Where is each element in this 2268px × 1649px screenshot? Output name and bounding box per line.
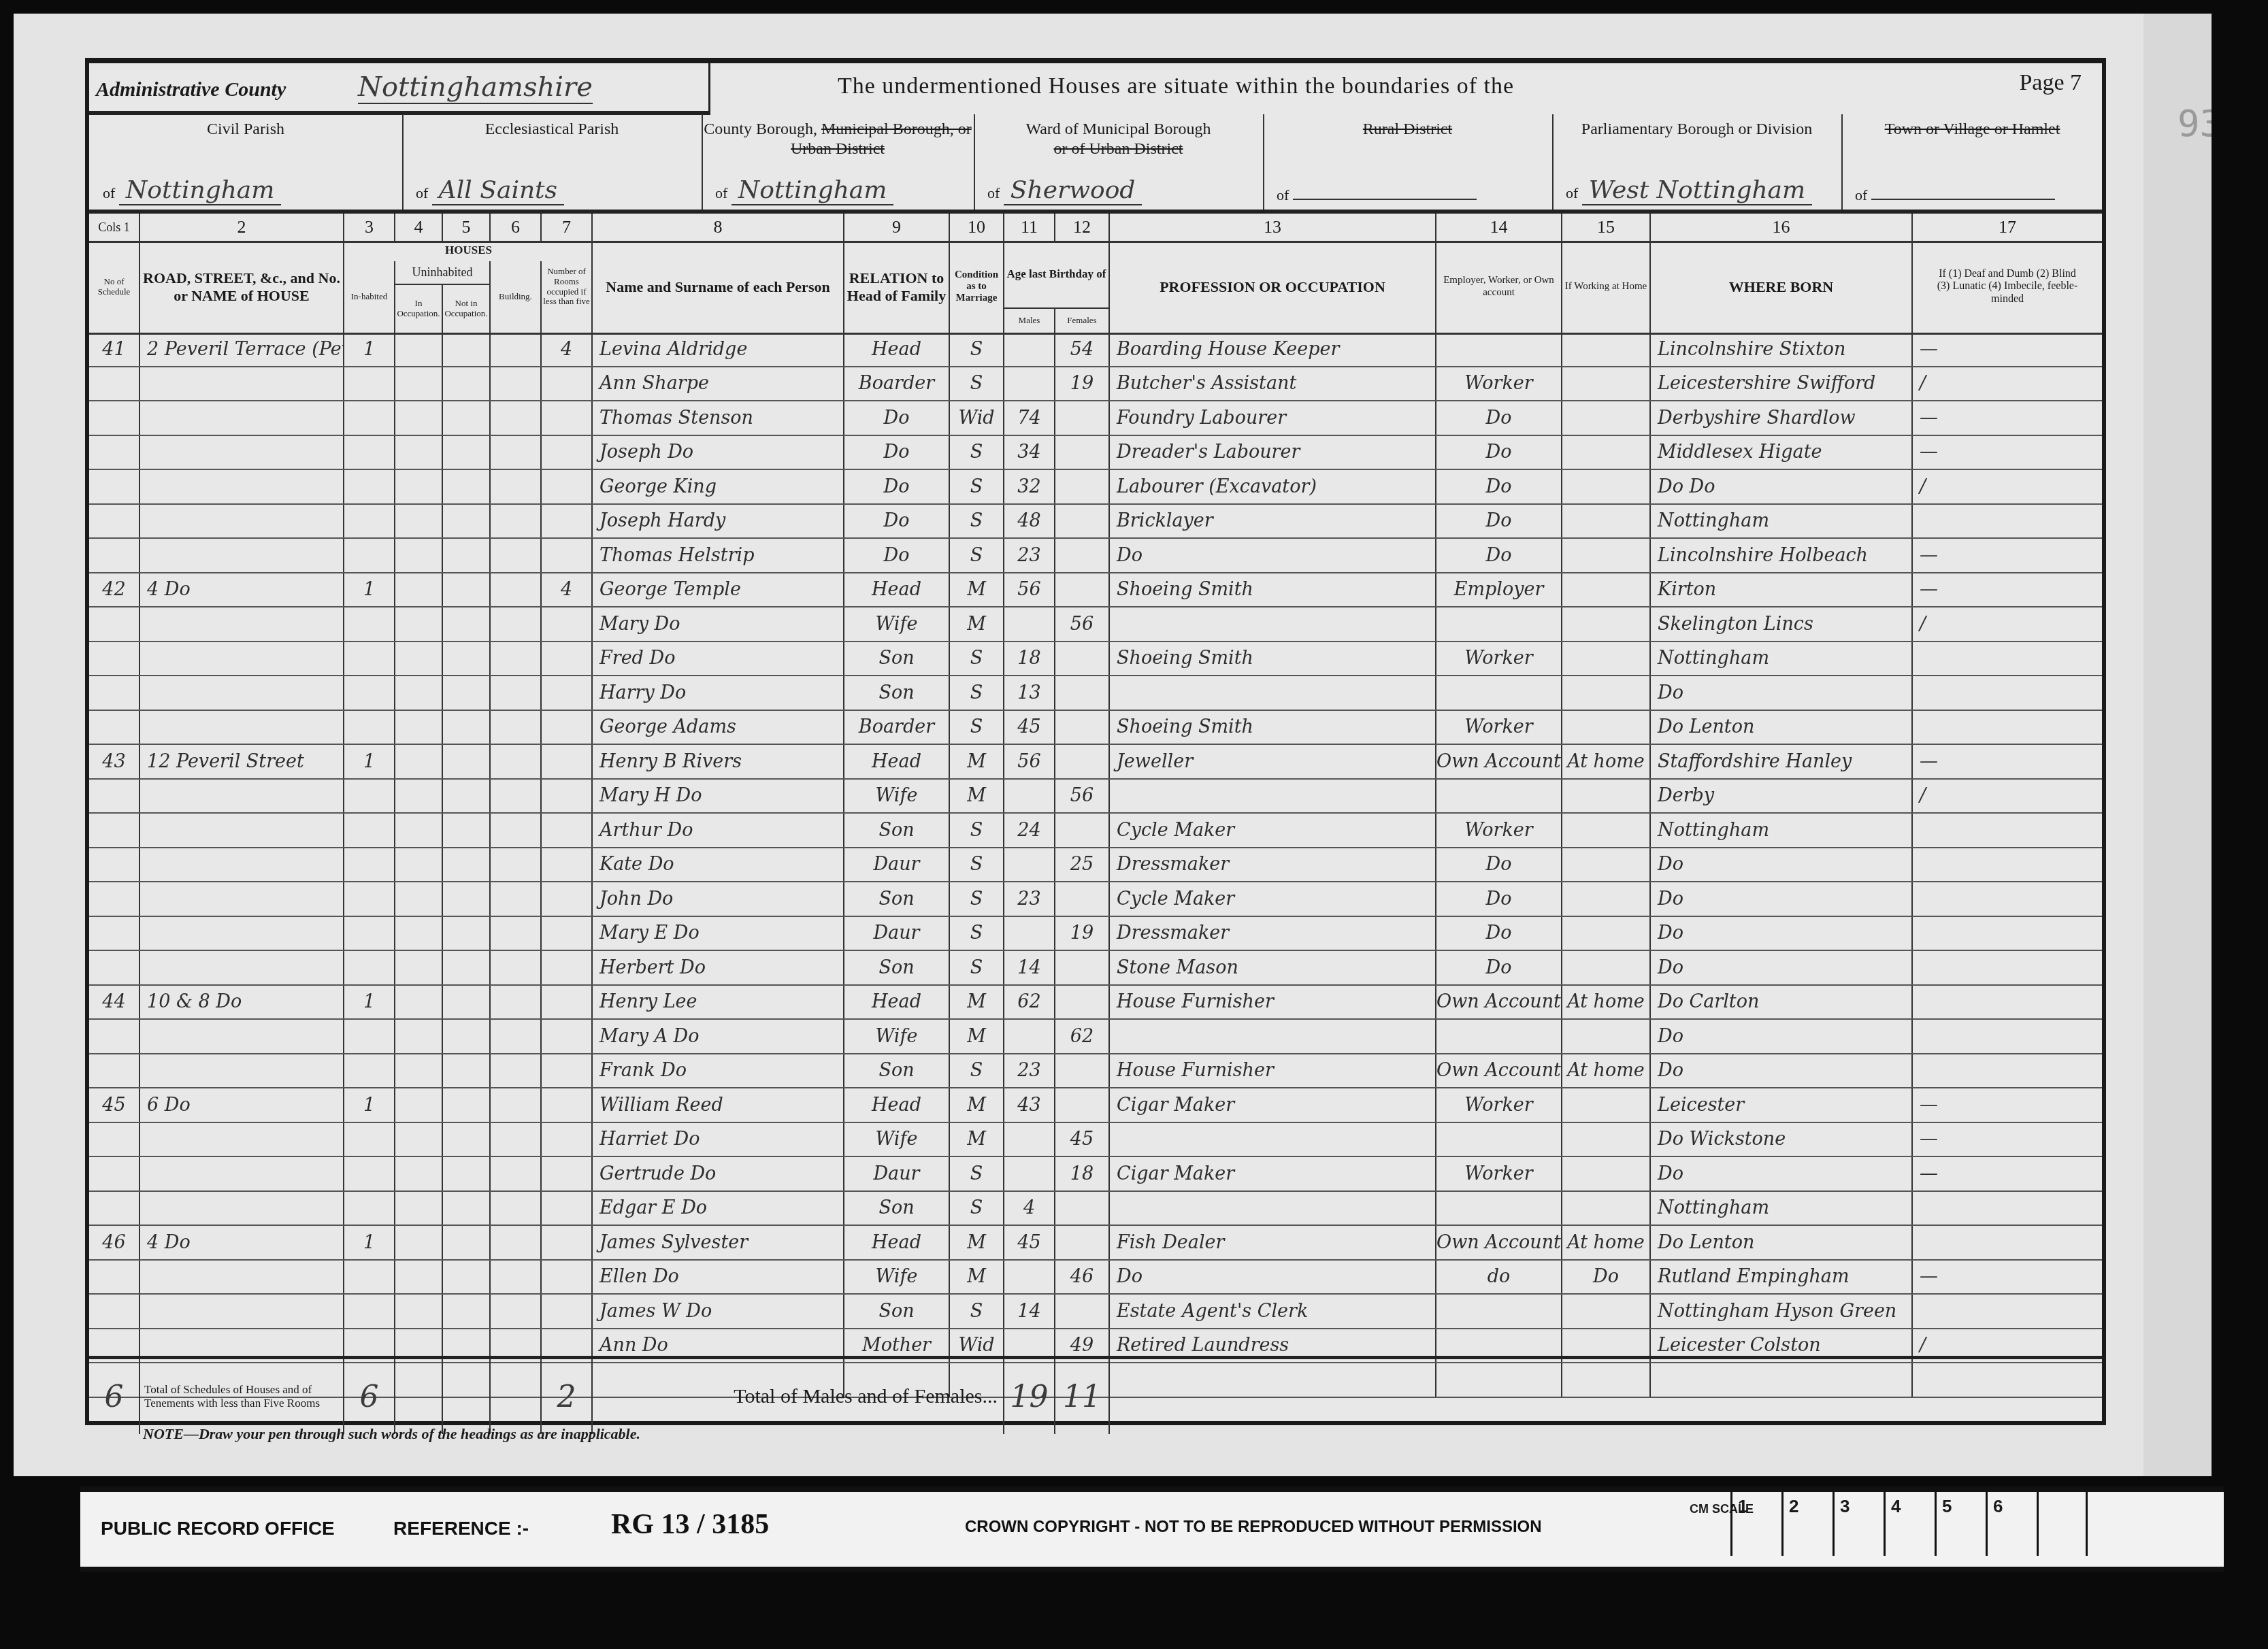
cell-male-age: 43	[1004, 1088, 1055, 1122]
cell-infirmity	[1913, 505, 2102, 538]
cell-schedule: 44	[89, 986, 140, 1019]
cell-schedule: 45	[89, 1088, 140, 1122]
cell-born: Do	[1651, 1020, 1913, 1053]
cell-empty	[395, 986, 443, 1019]
cell-name: Gertrude Do	[593, 1157, 844, 1190]
cell-address	[140, 1295, 344, 1328]
cell-male-age	[1004, 607, 1055, 641]
cell-employer: Worker	[1436, 1157, 1562, 1190]
area-value-line: of All Saints	[416, 176, 688, 204]
cell-male-age: 24	[1004, 814, 1055, 847]
cell-name: Herbert Do	[593, 951, 844, 984]
cell-occupation: Cigar Maker	[1110, 1157, 1436, 1190]
cell-name: Mary A Do	[593, 1020, 844, 1053]
cell-relation: Son	[844, 814, 950, 847]
cell-schedule: 41	[89, 333, 140, 366]
cell-born: Do	[1651, 848, 1913, 882]
table-row: 456 Do1William ReedHeadM43Cigar MakerWor…	[89, 1088, 2102, 1123]
cell-empty	[491, 333, 542, 366]
cell-male-age	[1004, 1020, 1055, 1053]
column-number: 17	[1913, 214, 2102, 241]
cell-empty	[443, 1020, 491, 1053]
cell-schedule	[89, 1192, 140, 1225]
cell-rooms	[542, 1261, 593, 1294]
cell-employer: Employer	[1436, 573, 1562, 607]
cell-empty	[395, 1295, 443, 1328]
cell-occupation: Shoeing Smith	[1110, 642, 1436, 676]
cell-rooms	[542, 711, 593, 744]
scale-tick: 2	[1781, 1492, 1833, 1556]
cell-address	[140, 848, 344, 882]
cell-employer: Do	[1436, 848, 1562, 882]
cell-condition: Wid	[950, 401, 1004, 435]
cell-employer: Own Account	[1436, 745, 1562, 778]
cell-at-home: At home	[1562, 986, 1651, 1019]
cell-empty	[395, 1020, 443, 1053]
cell-occupation: Cycle Maker	[1110, 882, 1436, 916]
cell-schedule	[89, 1020, 140, 1053]
header-inhabited: In-habited	[344, 261, 395, 333]
header-occupation: PROFESSION OR OCCUPATION	[1110, 241, 1436, 333]
cell-address	[140, 951, 344, 984]
cell-empty	[395, 951, 443, 984]
cell-at-home	[1562, 951, 1651, 984]
header-females: Females	[1055, 309, 1110, 333]
cell-occupation: Labourer (Excavator)	[1110, 470, 1436, 503]
cell-address	[140, 401, 344, 435]
cell-inhabited	[344, 367, 395, 401]
cell-name: Fred Do	[593, 642, 844, 676]
cell-address	[140, 676, 344, 710]
cell-name: Joseph Hardy	[593, 505, 844, 538]
cell-empty	[491, 1157, 542, 1190]
cell-empty	[443, 1123, 491, 1156]
cell-address	[140, 1157, 344, 1190]
table-row: Herbert DoSonS14Stone MasonDoDo	[89, 951, 2102, 986]
cell-infirmity: /	[1913, 780, 2102, 813]
cell-name: Harry Do	[593, 676, 844, 710]
cell-occupation: Cycle Maker	[1110, 814, 1436, 847]
cell-empty	[443, 1192, 491, 1225]
area-prefix: of	[1277, 186, 1289, 203]
cell-schedule	[89, 711, 140, 744]
cell-born: Middlesex Higate	[1651, 436, 1913, 469]
cell-female-age: 45	[1055, 1123, 1110, 1156]
cell-address	[140, 814, 344, 847]
cell-female-age: 19	[1055, 917, 1110, 950]
cell-employer: Do	[1436, 401, 1562, 435]
cell-empty	[491, 917, 542, 950]
cell-schedule	[89, 780, 140, 813]
cell-infirmity	[1913, 917, 2102, 950]
cell-male-age: 74	[1004, 401, 1055, 435]
cell-employer	[1436, 333, 1562, 366]
header-houses: HOUSES	[445, 244, 492, 257]
area-label-struck: Rural District	[1263, 114, 1552, 139]
cell-empty	[491, 1295, 542, 1328]
cell-address	[140, 1261, 344, 1294]
cell-name: Henry Lee	[593, 986, 844, 1019]
scale-tick: 1	[1730, 1492, 1781, 1556]
cell-male-age: 23	[1004, 1054, 1055, 1088]
column-number: 6	[491, 214, 542, 241]
cell-condition: M	[950, 1088, 1004, 1122]
cell-occupation: Shoeing Smith	[1110, 711, 1436, 744]
cell-empty	[491, 1192, 542, 1225]
area-label-struck: Municipal Borough, or Urban District	[791, 120, 972, 158]
cell-female-age	[1055, 470, 1110, 503]
column-number: 13	[1110, 214, 1436, 241]
cell-male-age: 4	[1004, 1192, 1055, 1225]
table-row: Arthur DoSonS24Cycle MakerWorkerNottingh…	[89, 814, 2102, 848]
table-row: Joseph DoDoS34Dreader's LabourerDoMiddle…	[89, 436, 2102, 471]
administrative-county-value: Nottinghamshire	[358, 71, 593, 104]
cell-at-home	[1562, 539, 1651, 572]
cell-address	[140, 1054, 344, 1088]
cell-condition: S	[950, 882, 1004, 916]
table-row: Ellen DoWifeM46DodoDoRutland Empingham—	[89, 1261, 2102, 1295]
cell-female-age	[1055, 573, 1110, 607]
cell-condition: S	[950, 642, 1004, 676]
cell-empty	[395, 333, 443, 366]
cell-rooms	[542, 917, 593, 950]
column-number: 14	[1436, 214, 1562, 241]
table-row: Fred DoSonS18Shoeing SmithWorkerNottingh…	[89, 642, 2102, 677]
cell-occupation	[1110, 1192, 1436, 1225]
cell-employer: do	[1436, 1261, 1562, 1294]
cell-condition: S	[950, 1054, 1004, 1088]
cell-empty	[443, 367, 491, 401]
cell-condition: S	[950, 539, 1004, 572]
cell-condition: S	[950, 1295, 1004, 1328]
cell-relation: Wife	[844, 1123, 950, 1156]
cell-schedule	[89, 505, 140, 538]
cell-rooms	[542, 367, 593, 401]
cell-male-age: 45	[1004, 1226, 1055, 1259]
cell-inhabited	[344, 470, 395, 503]
cell-employer	[1436, 1123, 1562, 1156]
cell-female-age	[1055, 539, 1110, 572]
cell-empty	[491, 780, 542, 813]
cell-schedule	[89, 1157, 140, 1190]
scale-tick: 5	[1935, 1492, 1986, 1556]
area-label: Parliamentary Borough or Division	[1552, 114, 1841, 139]
cell-at-home	[1562, 1192, 1651, 1225]
area-label-struck: or of Urban District	[1054, 140, 1183, 158]
cell-empty	[443, 505, 491, 538]
header-road: ROAD, STREET, &c., and No. or NAME of HO…	[140, 241, 344, 333]
area-value	[1293, 199, 1477, 200]
cell-born: Do Wickstone	[1651, 1123, 1913, 1156]
cell-employer	[1436, 1020, 1562, 1053]
cell-empty	[443, 1054, 491, 1088]
cell-name: Levina Aldridge	[593, 333, 844, 366]
cell-inhabited	[344, 676, 395, 710]
cell-inhabited	[344, 814, 395, 847]
header-employer: Employer, Worker, or Own account	[1436, 241, 1562, 333]
area-value-line: of	[1277, 186, 1539, 204]
cell-address	[140, 470, 344, 503]
cell-rooms	[542, 780, 593, 813]
cell-schedule	[89, 814, 140, 847]
column-number: Cols 1	[89, 214, 140, 241]
cell-empty	[491, 436, 542, 469]
area-prefix: of	[1566, 184, 1578, 201]
cell-at-home	[1562, 1020, 1651, 1053]
cell-inhabited	[344, 917, 395, 950]
cell-empty	[443, 1295, 491, 1328]
cell-inhabited: 1	[344, 573, 395, 607]
cell-male-age: 48	[1004, 505, 1055, 538]
form-header: Administrative County Nottinghamshire Th…	[89, 63, 2102, 118]
cell-relation: Boarder	[844, 367, 950, 401]
cell-rooms	[542, 1088, 593, 1122]
boundary-intro-text: The undermentioned Houses are situate wi…	[838, 73, 1514, 99]
cell-infirmity	[1913, 1192, 2102, 1225]
cell-schedule	[89, 436, 140, 469]
cell-male-age: 13	[1004, 676, 1055, 710]
cell-female-age	[1055, 814, 1110, 847]
cell-condition: S	[950, 917, 1004, 950]
table-row: Mary DoWifeM56Skelington Lincs/	[89, 607, 2102, 642]
cell-empty	[395, 573, 443, 607]
cell-rooms	[542, 1295, 593, 1328]
cell-empty	[491, 607, 542, 641]
area-value	[1871, 199, 2055, 200]
cell-schedule	[89, 607, 140, 641]
cell-empty	[395, 1157, 443, 1190]
cell-rooms: 4	[542, 573, 593, 607]
cell-empty	[443, 917, 491, 950]
cell-born: Lincolnshire Holbeach	[1651, 539, 1913, 572]
cell-schedule	[89, 848, 140, 882]
cell-name: Mary E Do	[593, 917, 844, 950]
cell-at-home	[1562, 333, 1651, 366]
total-schedules-label-cell: Total of Schedules of Houses and of Tene…	[140, 1359, 344, 1434]
area-county-borough: County Borough, Municipal Borough, or Ur…	[702, 114, 975, 210]
table-row: 412 Peveril Terrace (Peveril Street)14Le…	[89, 333, 2102, 367]
cell-rooms	[542, 814, 593, 847]
cell-female-age: 25	[1055, 848, 1110, 882]
cell-empty	[491, 711, 542, 744]
cell-schedule	[89, 470, 140, 503]
cell-empty	[491, 642, 542, 676]
cell-occupation	[1110, 1123, 1436, 1156]
cell-male-age	[1004, 780, 1055, 813]
cell-condition: S	[950, 333, 1004, 366]
cell-born: Derbyshire Shardlow	[1651, 401, 1913, 435]
scale-tick: 6	[1986, 1492, 2037, 1556]
cell-name: Arthur Do	[593, 814, 844, 847]
total-not-in-occupation	[443, 1359, 491, 1434]
table-row: Thomas HelstripDoS23DoDoLincolnshire Hol…	[89, 539, 2102, 573]
area-value: All Saints	[432, 176, 564, 205]
cell-empty	[443, 436, 491, 469]
cell-occupation: Stone Mason	[1110, 951, 1436, 984]
page-margin	[2143, 14, 2218, 1476]
cell-at-home	[1562, 882, 1651, 916]
cell-at-home	[1562, 505, 1651, 538]
cell-born: Leicestershire Swifford	[1651, 367, 1913, 401]
cell-born: Nottingham	[1651, 814, 1913, 847]
area-prefix: of	[416, 184, 428, 201]
cell-employer: Do	[1436, 470, 1562, 503]
cell-occupation: Butcher's Assistant	[1110, 367, 1436, 401]
cell-relation: Do	[844, 436, 950, 469]
cell-condition: M	[950, 1020, 1004, 1053]
cell-employer: Do	[1436, 917, 1562, 950]
cell-schedule	[89, 401, 140, 435]
total-females-value: 11	[1063, 1380, 1101, 1414]
cell-empty	[491, 848, 542, 882]
cell-female-age	[1055, 401, 1110, 435]
cell-inhabited	[344, 1020, 395, 1053]
cell-condition: S	[950, 1157, 1004, 1190]
cell-condition: S	[950, 367, 1004, 401]
cell-empty	[395, 814, 443, 847]
column-number: 8	[593, 214, 844, 241]
cell-occupation: Estate Agent's Clerk	[1110, 1295, 1436, 1328]
cell-empty	[491, 401, 542, 435]
cell-at-home	[1562, 470, 1651, 503]
cell-female-age	[1055, 642, 1110, 676]
cell-name: Harriet Do	[593, 1123, 844, 1156]
cell-schedule	[89, 1295, 140, 1328]
total-in-occupation	[395, 1359, 443, 1434]
area-label: County Borough, Municipal Borough, or Ur…	[702, 114, 974, 159]
header-infirmity: If (1) Deaf and Dumb (2) Blind (3) Lunat…	[1913, 241, 2102, 333]
cell-born: Do Carlton	[1651, 986, 1913, 1019]
cell-born: Do	[1651, 882, 1913, 916]
cell-female-age	[1055, 436, 1110, 469]
cell-infirmity	[1913, 711, 2102, 744]
cell-at-home	[1562, 607, 1651, 641]
area-ward: Ward of Municipal Boroughor of Urban Dis…	[974, 114, 1264, 210]
cell-relation: Daur	[844, 1157, 950, 1190]
table-row: Mary H DoWifeM56Derby/	[89, 780, 2102, 814]
cell-infirmity	[1913, 848, 2102, 882]
cell-empty	[443, 1261, 491, 1294]
column-number: 16	[1651, 214, 1913, 241]
cell-born: Skelington Lincs	[1651, 607, 1913, 641]
cell-empty	[395, 745, 443, 778]
cell-empty	[395, 711, 443, 744]
cell-employer: Worker	[1436, 711, 1562, 744]
cell-address	[140, 1123, 344, 1156]
cell-infirmity: —	[1913, 1261, 2102, 1294]
cell-schedule: 43	[89, 745, 140, 778]
cell-address	[140, 367, 344, 401]
cell-rooms	[542, 642, 593, 676]
cell-relation: Wife	[844, 607, 950, 641]
cell-address	[140, 780, 344, 813]
cell-inhabited: 1	[344, 745, 395, 778]
cell-empty	[491, 505, 542, 538]
cell-inhabited	[344, 1261, 395, 1294]
cell-infirmity	[1913, 814, 2102, 847]
cell-employer: Do	[1436, 539, 1562, 572]
cell-rooms: 4	[542, 333, 593, 366]
cell-rooms	[542, 505, 593, 538]
cell-born: Do Lenton	[1651, 711, 1913, 744]
area-value-line: of Nottingham	[103, 176, 389, 204]
cell-occupation: Fish Dealer	[1110, 1226, 1436, 1259]
cell-male-age: 32	[1004, 470, 1055, 503]
cell-empty	[491, 814, 542, 847]
cell-relation: Wife	[844, 1261, 950, 1294]
cell-condition: M	[950, 1226, 1004, 1259]
header-rooms: Number of Rooms occupied if less than fi…	[542, 241, 593, 333]
cell-empty	[443, 951, 491, 984]
cell-occupation: Dressmaker	[1110, 917, 1436, 950]
cell-relation: Son	[844, 1054, 950, 1088]
cell-rooms	[542, 951, 593, 984]
cell-empty	[491, 1020, 542, 1053]
scan-border	[2212, 0, 2268, 1649]
total-rooms: 2	[542, 1359, 593, 1434]
cell-relation: Do	[844, 401, 950, 435]
cell-at-home: At home	[1562, 1226, 1651, 1259]
area-boundaries: Civil Parish of Nottingham Ecclesiastica…	[89, 114, 2102, 214]
cell-inhabited	[344, 1192, 395, 1225]
cell-rooms	[542, 1157, 593, 1190]
cell-employer	[1436, 1192, 1562, 1225]
cell-empty	[443, 539, 491, 572]
cell-rooms	[542, 1020, 593, 1053]
cell-empty	[395, 367, 443, 401]
cell-infirmity: —	[1913, 436, 2102, 469]
cell-name: George Temple	[593, 573, 844, 607]
cell-male-age: 62	[1004, 986, 1055, 1019]
cell-infirmity: —	[1913, 401, 2102, 435]
table-row: Harriet DoWifeM45Do Wickstone—	[89, 1123, 2102, 1158]
cell-infirmity: /	[1913, 367, 2102, 401]
header-condition: Condition as to Marriage	[950, 241, 1004, 333]
cell-relation: Son	[844, 676, 950, 710]
cell-occupation: Foundry Labourer	[1110, 401, 1436, 435]
cell-empty	[443, 1157, 491, 1190]
cell-name: George King	[593, 470, 844, 503]
cell-name: Joseph Do	[593, 436, 844, 469]
column-number-row: Cols 1 2 3 4 5 6 7 8 9 10 11 12 13 14 15…	[89, 214, 2102, 243]
cell-at-home: At home	[1562, 1054, 1651, 1088]
total-schedules-value: 6	[105, 1380, 124, 1414]
cell-rooms	[542, 882, 593, 916]
cell-address	[140, 1020, 344, 1053]
cell-relation: Wife	[844, 780, 950, 813]
cell-relation: Do	[844, 539, 950, 572]
cell-inhabited	[344, 780, 395, 813]
cell-address: 2 Peveril Terrace (Peveril Street)	[140, 333, 344, 366]
cell-inhabited	[344, 607, 395, 641]
cell-condition: S	[950, 1192, 1004, 1225]
area-ecclesiastical-parish: Ecclesiastical Parish of All Saints	[402, 114, 703, 210]
cell-name: William Reed	[593, 1088, 844, 1122]
cell-inhabited	[344, 951, 395, 984]
cell-male-age	[1004, 367, 1055, 401]
cell-born: Do Do	[1651, 470, 1913, 503]
cell-name: Thomas Helstrip	[593, 539, 844, 572]
archive-footer: PUBLIC RECORD OFFICE REFERENCE :- RG 13 …	[80, 1486, 2224, 1572]
cell-empty	[443, 745, 491, 778]
cell-rooms	[542, 1054, 593, 1088]
cell-employer: Worker	[1436, 642, 1562, 676]
cell-occupation: Do	[1110, 539, 1436, 572]
cell-empty	[491, 1088, 542, 1122]
area-value-line: of Nottingham	[715, 176, 960, 204]
cell-employer: Do	[1436, 951, 1562, 984]
cell-rooms	[542, 401, 593, 435]
